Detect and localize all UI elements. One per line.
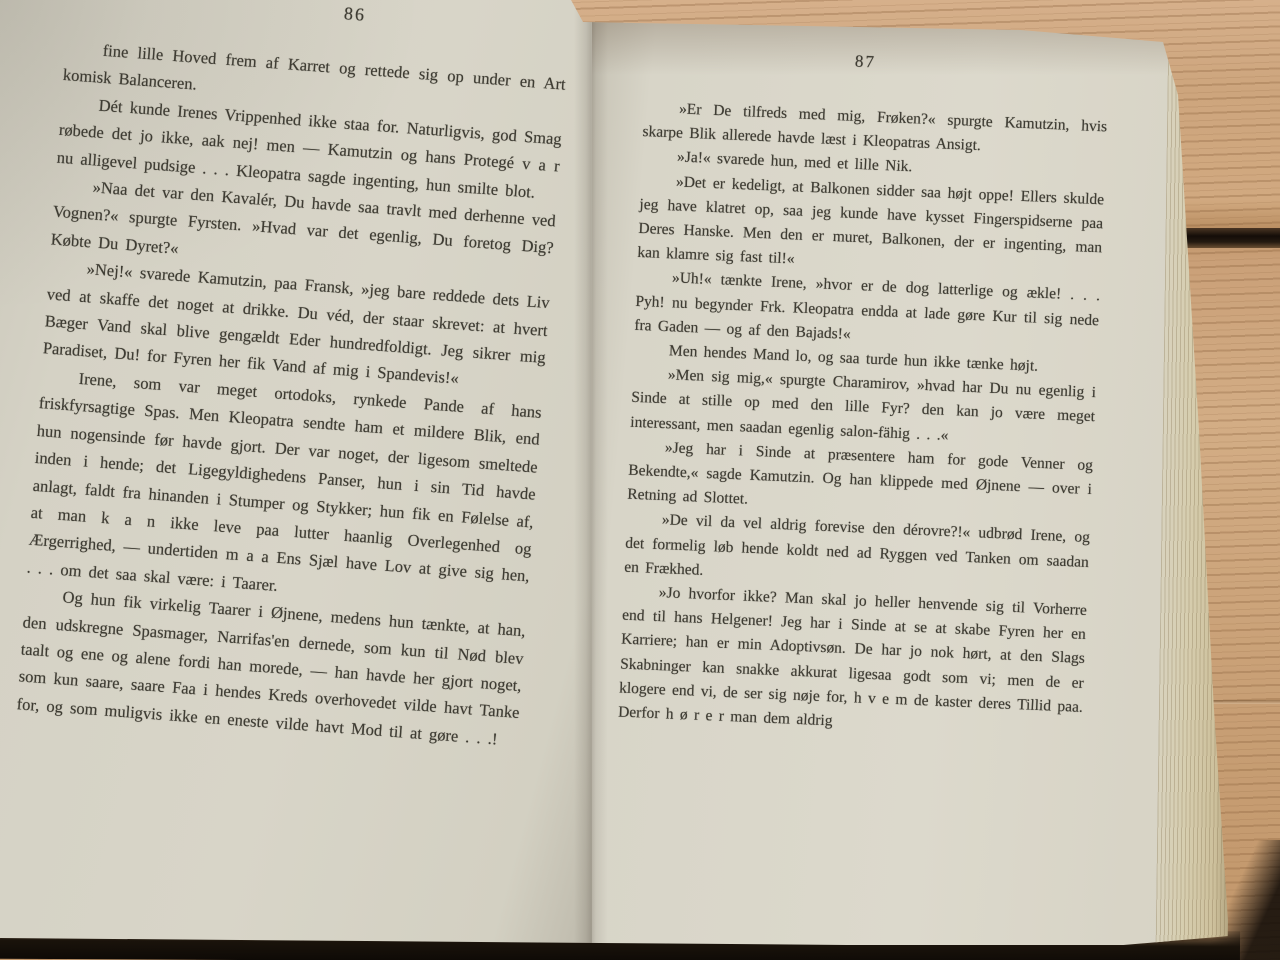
page-text-left: fine lille Hoved frem af Karret og rette… [16, 34, 567, 754]
book-gutter [574, 0, 608, 945]
page-number-right: 87 [855, 52, 877, 73]
photo-open-book: 86 fine lille Hoved frem af Karret og re… [0, 0, 1280, 960]
book-page-right: 87 »Er De tilfreds med mig, Frøken?« spu… [592, 0, 1170, 945]
book-page-left: 86 fine lille Hoved frem af Karret og re… [0, 0, 592, 945]
paragraph: Irene, som var meget ortodoks, rynkede P… [26, 362, 543, 617]
page-text-right: »Er De tilfreds med mig, Frøken?« spurgt… [618, 96, 1108, 744]
open-book: 86 fine lille Hoved frem af Karret og re… [0, 0, 1280, 960]
paragraph: »Jo hvorfor ikke? Man skal jo heller hen… [618, 580, 1088, 745]
page-number-left: 86 [343, 3, 366, 26]
